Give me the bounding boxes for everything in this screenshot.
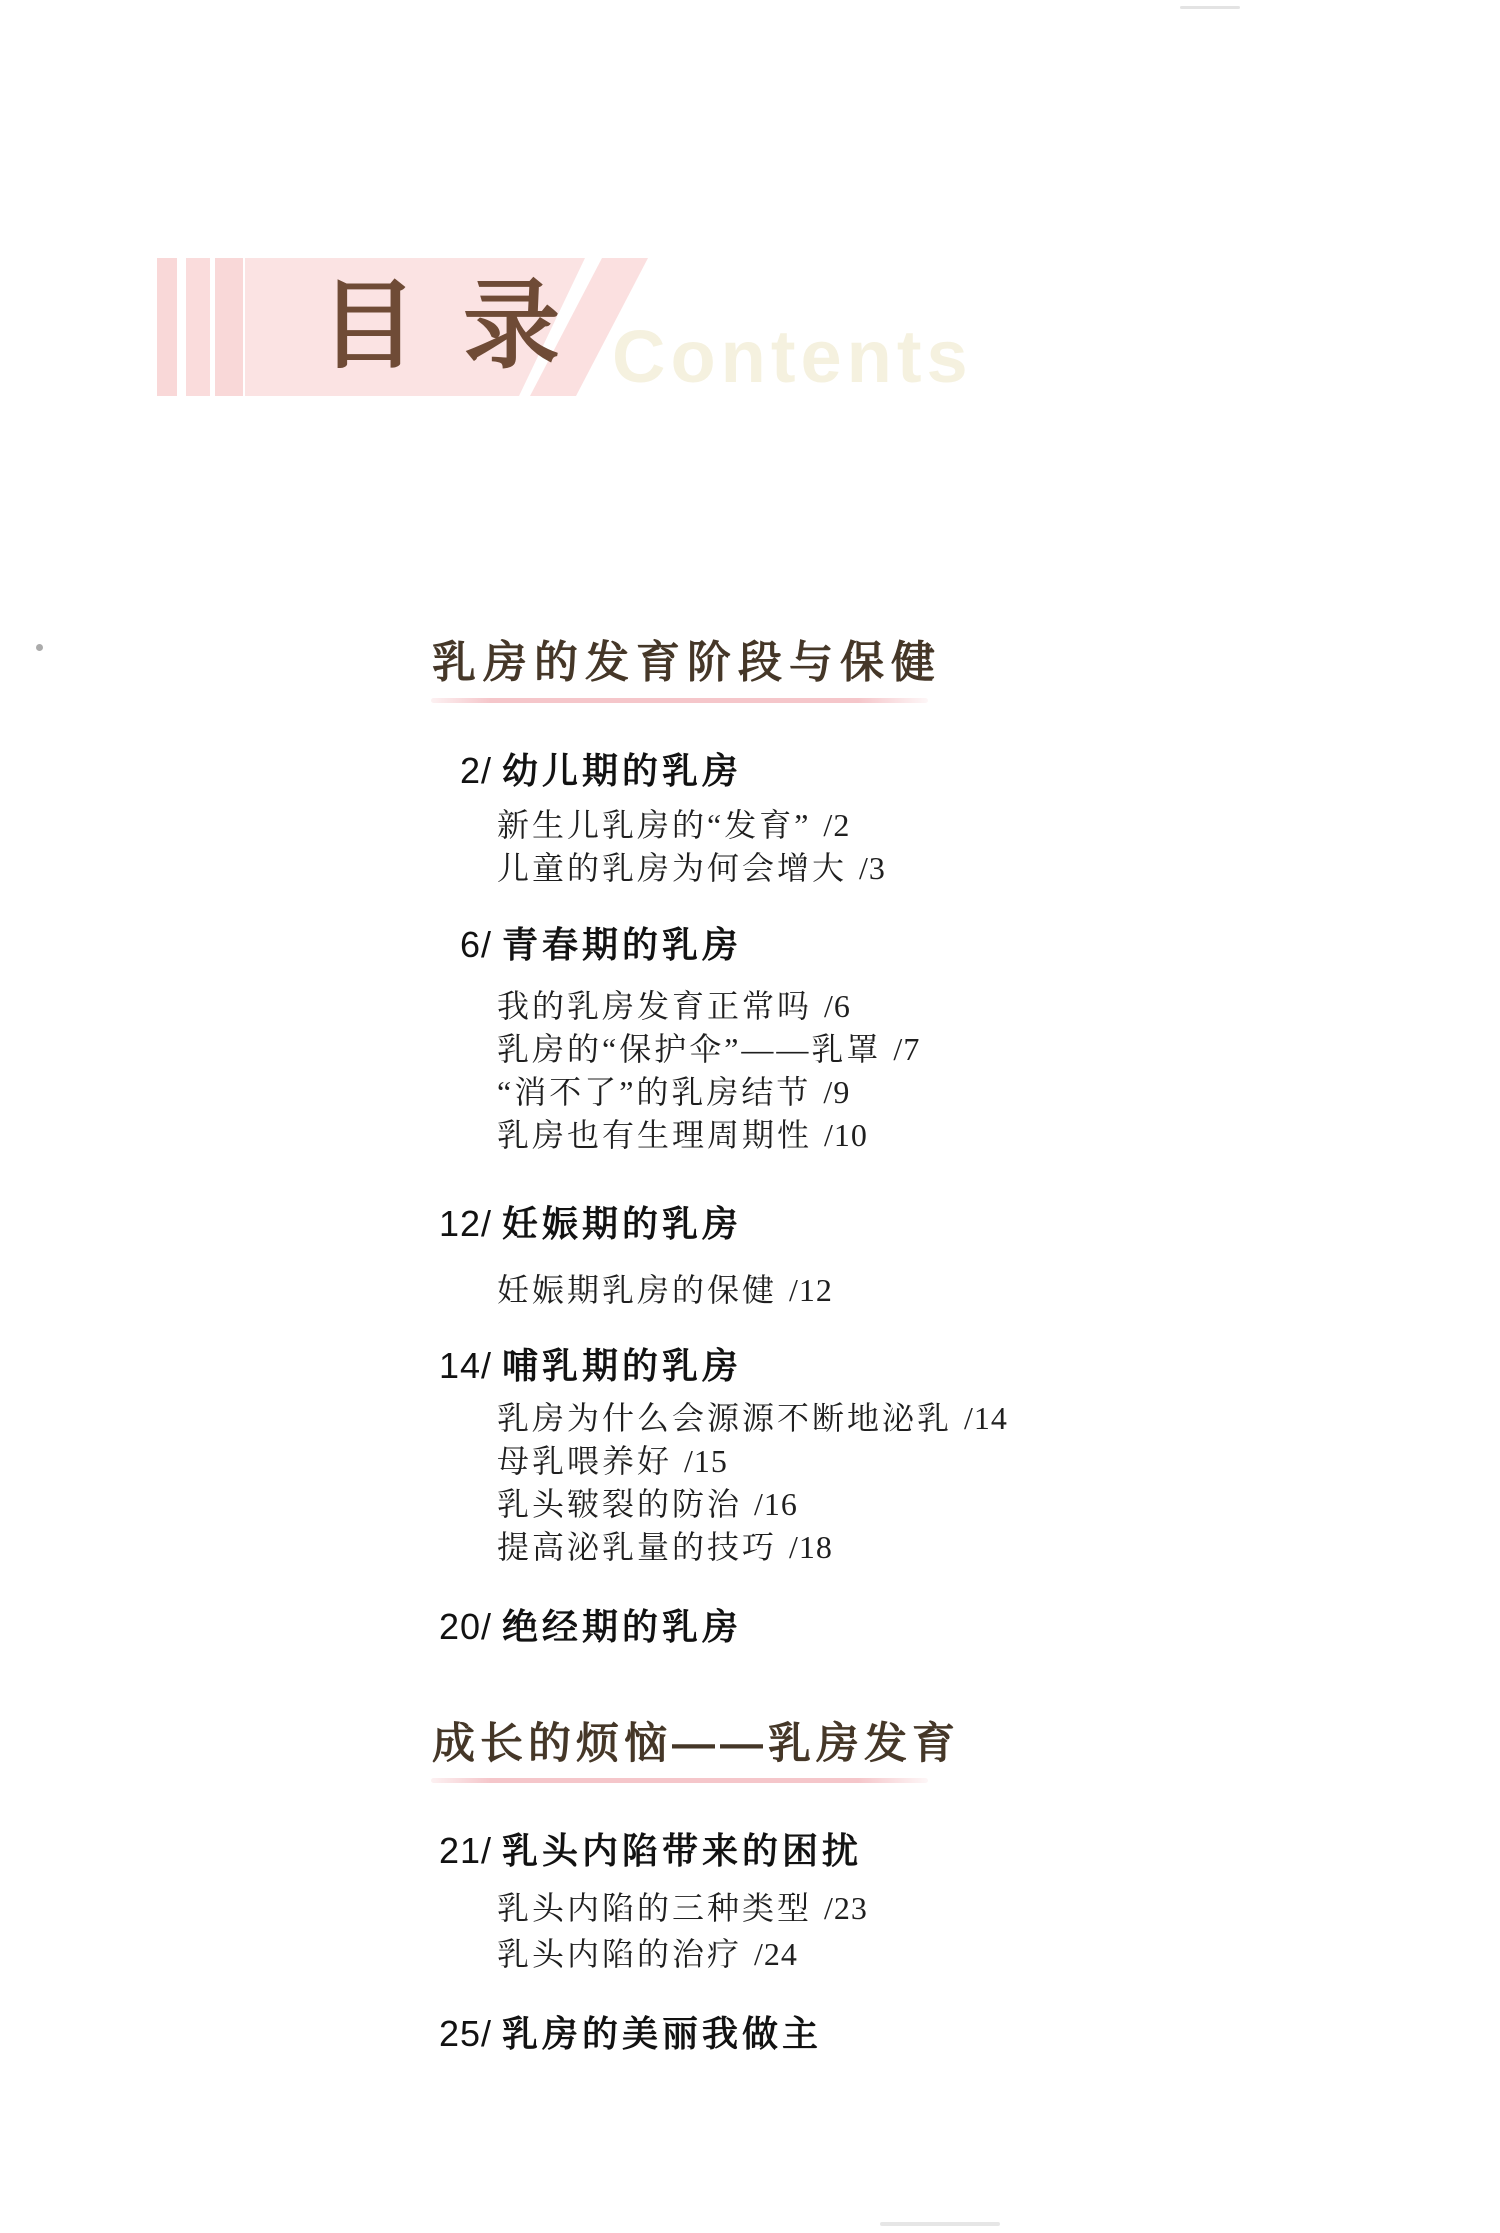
entry-page-number: 2/: [430, 750, 492, 791]
entry-title: 乳头内陷带来的困扰: [502, 1830, 862, 1871]
subentry-title: 乳头内陷的治疗: [497, 1936, 742, 1972]
subentry-title: 乳房的“保护伞”——乳罩: [497, 1031, 881, 1067]
subentry-title: 儿童的乳房为何会增大: [497, 850, 847, 886]
entry-title: 青春期的乳房: [502, 924, 742, 965]
entry-title: 妊娠期的乳房: [502, 1203, 742, 1244]
entry-title: 哺乳期的乳房: [502, 1345, 742, 1386]
entry-title: 乳房的美丽我做主: [502, 2013, 822, 2054]
subentry-title: “消不了”的乳房结节: [497, 1074, 811, 1110]
toc-subentry: 乳头内陷的三种类型/23: [497, 1890, 868, 1927]
toc-entry: 2/幼儿期的乳房: [430, 750, 742, 791]
section-title: 乳房的发育阶段与保健: [432, 638, 942, 689]
toc-subentry: 新生儿乳房的“发育”/2: [497, 807, 850, 844]
subentry-page-number: /2: [823, 807, 850, 843]
entry-page-number: 12/: [430, 1203, 492, 1244]
entry-page-number: 14/: [430, 1345, 492, 1386]
subentry-title: 母乳喂养好: [497, 1443, 672, 1479]
subentry-page-number: /18: [789, 1529, 833, 1565]
toc-subentry: 我的乳房发育正常吗/6: [497, 988, 851, 1025]
toc-entry: 25/乳房的美丽我做主: [430, 2013, 822, 2054]
subentry-page-number: /10: [824, 1117, 868, 1153]
entry-page-number: 6/: [430, 924, 492, 965]
entry-title: 绝经期的乳房: [502, 1606, 742, 1647]
subentry-title: 提高泌乳量的技巧: [497, 1529, 777, 1565]
toc-subentry: 妊娠期乳房的保健/12: [497, 1272, 833, 1309]
scan-artifact: [880, 2222, 1000, 2226]
subentry-title: 新生儿乳房的“发育”: [497, 807, 811, 843]
subentry-page-number: /9: [823, 1074, 850, 1110]
toc-entry: 20/绝经期的乳房: [430, 1606, 742, 1647]
toc-subentry: 乳房的“保护伞”——乳罩/7: [497, 1031, 920, 1068]
subentry-page-number: /23: [824, 1890, 868, 1926]
section-title: 成长的烦恼——乳房发育: [432, 1720, 960, 1769]
toc-subentry: 乳头皲裂的防治/16: [497, 1486, 798, 1523]
subentry-title: 妊娠期乳房的保健: [497, 1272, 777, 1308]
subentry-page-number: /12: [789, 1272, 833, 1308]
subentry-page-number: /16: [754, 1486, 798, 1522]
subentry-title: 乳头内陷的三种类型: [497, 1890, 812, 1926]
scan-artifact: [1180, 6, 1240, 9]
contents-watermark: Contents: [612, 320, 973, 394]
toc-entry: 14/哺乳期的乳房: [430, 1345, 742, 1386]
subentry-page-number: /3: [859, 850, 886, 886]
toc-subentry: 乳房为什么会源源不断地泌乳/14: [497, 1400, 1008, 1437]
toc-entry: 6/青春期的乳房: [430, 924, 742, 965]
section-underline: [431, 698, 928, 703]
subentry-title: 乳房也有生理周期性: [497, 1117, 812, 1153]
subentry-page-number: /14: [964, 1400, 1008, 1436]
page-title: 目录: [320, 268, 606, 384]
entry-page-number: 20/: [430, 1606, 492, 1647]
banner-stripe: [215, 258, 243, 396]
toc-page: 目录 Contents 乳房的发育阶段与保健 2/幼儿期的乳房 新生儿乳房的“发…: [0, 0, 1500, 2233]
subentry-page-number: /7: [893, 1031, 920, 1067]
entry-title: 幼儿期的乳房: [502, 750, 742, 791]
subentry-page-number: /24: [754, 1936, 798, 1972]
subentry-title: 我的乳房发育正常吗: [497, 988, 812, 1024]
entry-page-number: 21/: [430, 1830, 492, 1871]
section-underline: [431, 1778, 928, 1783]
subentry-page-number: /6: [824, 988, 851, 1024]
toc-entry: 12/妊娠期的乳房: [430, 1203, 742, 1244]
toc-entry: 21/乳头内陷带来的困扰: [430, 1830, 862, 1871]
subentry-title: 乳房为什么会源源不断地泌乳: [497, 1400, 952, 1436]
subentry-page-number: /15: [684, 1443, 728, 1479]
banner-stripe: [157, 258, 177, 396]
scan-artifact-dot: [36, 644, 43, 651]
toc-subentry: 乳头内陷的治疗/24: [497, 1936, 798, 1973]
toc-subentry: 母乳喂养好/15: [497, 1443, 728, 1480]
toc-subentry: “消不了”的乳房结节/9: [497, 1074, 850, 1111]
banner-stripe: [186, 258, 210, 396]
entry-page-number: 25/: [430, 2013, 492, 2054]
toc-subentry: 儿童的乳房为何会增大/3: [497, 850, 886, 887]
subentry-title: 乳头皲裂的防治: [497, 1486, 742, 1522]
toc-subentry: 乳房也有生理周期性/10: [497, 1117, 868, 1154]
toc-subentry: 提高泌乳量的技巧/18: [497, 1529, 833, 1566]
